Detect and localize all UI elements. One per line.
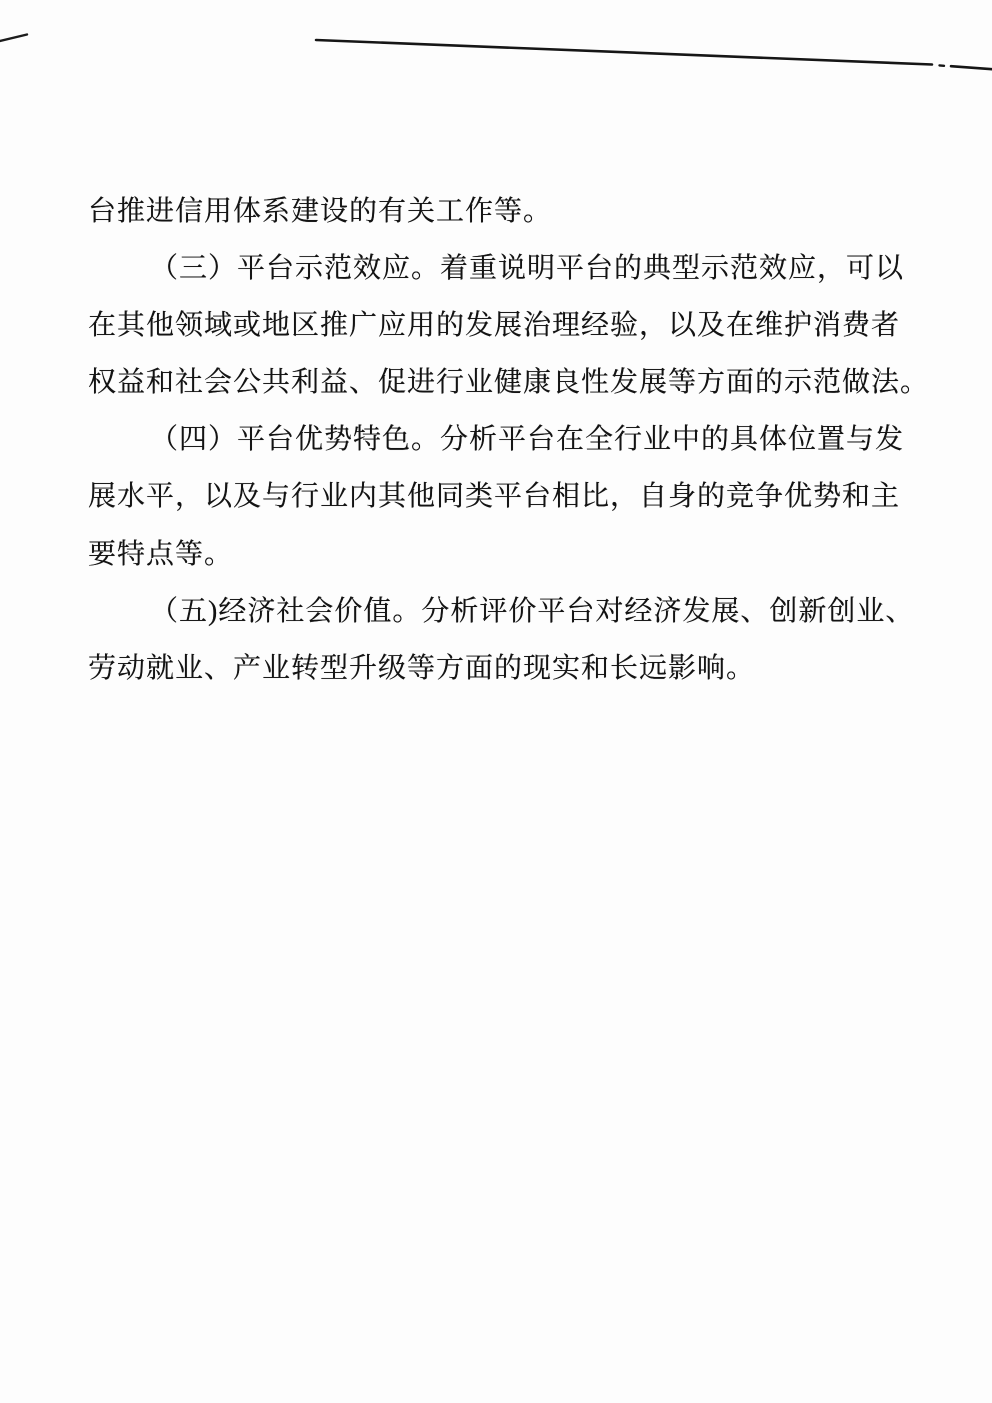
scan-artifact-lines: [0, 0, 992, 100]
document-text-block: 台推进信用体系建设的有关工作等。 （三）平台示范效应。着重说明平台的典型示范效应…: [88, 183, 928, 697]
text-line: 劳动就业、产业转型升级等方面的现实和长远影响。: [88, 640, 928, 697]
scan-dash-icon: [0, 35, 27, 42]
scan-line-tail-icon: [951, 66, 992, 69]
text-line: （五)经济社会价值。分析评价平台对经济发展、创新创业、: [88, 583, 928, 640]
text-line: 展水平，以及与行业内其他同类平台相比，自身的竞争优势和主: [88, 468, 928, 525]
text-line: 要特点等。: [88, 526, 928, 583]
text-line: 台推进信用体系建设的有关工作等。: [88, 183, 928, 240]
text-line: （四）平台优势特色。分析平台在全行业中的具体位置与发: [88, 411, 928, 468]
text-line: （三）平台示范效应。着重说明平台的典型示范效应，可以: [88, 240, 928, 297]
text-line: 权益和社会公共利益、促进行业健康良性发展等方面的示范做法。: [88, 354, 928, 411]
text-line: 在其他领域或地区推广应用的发展治理经验，以及在维护消费者: [88, 297, 928, 354]
scan-line-icon: [316, 40, 932, 65]
document-page: 台推进信用体系建设的有关工作等。 （三）平台示范效应。着重说明平台的典型示范效应…: [0, 0, 992, 1403]
